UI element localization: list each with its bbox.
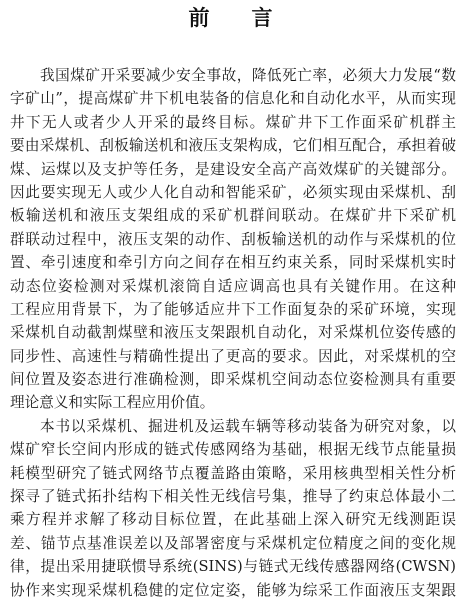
text-line: 井下无人或者少人开采的最终目标。煤矿井下工作面采矿机群主 [10, 111, 456, 134]
text-line: 因此要实现无人或少人化自动和智能采矿，必须实现由采煤机、刮 [10, 181, 456, 204]
text-line: 耗模型研究了链式网络节点覆盖路由策略，采用核典型相关性分析 [10, 462, 456, 485]
text-line: 理论意义和实际工程应用价值。 [10, 391, 456, 414]
text-line: 我国煤矿开采要减少安全事故，降低死亡率，必须大力发展“数 [10, 64, 456, 87]
document-page: 前言 我国煤矿开采要减少安全事故，降低死亡率，必须大力发展“数 字矿山”，提高煤… [0, 0, 461, 602]
paragraph-2: 本书以采煤机、掘进机及运载车辆等移动装备为研究对象，以 煤矿窄长空间内形成的链式… [10, 415, 456, 602]
page-title: 前言 [0, 4, 461, 32]
text-line: 探寻了链式拓扑结构下相关性无线信号集，推导了约束总体最小二 [10, 485, 456, 508]
text-line: 同步性、高速性与精确性提出了更高的要求。因此，对采煤机的空 [10, 345, 456, 368]
preface-body: 我国煤矿开采要减少安全事故，降低死亡率，必须大力发展“数 字矿山”，提高煤矿井下… [10, 64, 456, 602]
text-line: 字矿山”，提高煤矿井下机电装备的信息化和自动化水平，从而实现 [10, 87, 456, 110]
text-line: 采煤机自动截割煤壁和液压支架跟机自动化，对采煤机位姿传感的 [10, 321, 456, 344]
text-line: 协作来实现采煤机稳健的定位定姿，能够为综采工作面液压支架跟 [10, 579, 456, 602]
text-line: 工程应用背景下，为了能够适应井下工作面复杂的采矿环境，实现 [10, 298, 456, 321]
text-line: 煤、运煤以及支护等任务，是建设安全高产高效煤矿的关键部分。 [10, 158, 456, 181]
text-line: 差、锚节点基准误差以及部署密度与采煤机定位精度之间的变化规 [10, 532, 456, 555]
text-line: 间位置及姿态进行准确检测，即采煤机空间动态位姿检测具有重要 [10, 368, 456, 391]
text-line: 律，提出采用捷联惯导系统(SINS)与链式无线传感器网络(CWSN) [10, 555, 456, 578]
text-line: 乘方程并求解了移动目标位置，在此基础上深入研究无线测距误 [10, 508, 456, 531]
text-line: 要由采煤机、刮板输送机和液压支架构成，它们相互配合，承担着破 [10, 134, 456, 157]
title-char-2: 言 [252, 4, 273, 32]
text-line: 动态位姿检测对采煤机滚筒自适应调高也具有关键作用。在这种 [10, 275, 456, 298]
text-line: 板输送机和液压支架组成的采矿机群间联动。在煤矿井下采矿机 [10, 204, 456, 227]
text-line: 群联动过程中，液压支架的动作、刮板输送机的动作与采煤机的位 [10, 228, 456, 251]
paragraph-1: 我国煤矿开采要减少安全事故，降低死亡率，必须大力发展“数 字矿山”，提高煤矿井下… [10, 64, 456, 415]
text-line: 本书以采煤机、掘进机及运载车辆等移动装备为研究对象，以 [10, 415, 456, 438]
text-line: 煤矿窄长空间内形成的链式传感网络为基础，根据无线节点能量损 [10, 438, 456, 461]
title-char-1: 前 [189, 4, 210, 32]
text-line: 置、牵引速度和牵引方向之间存在相互约束关系，同时采煤机实时 [10, 251, 456, 274]
